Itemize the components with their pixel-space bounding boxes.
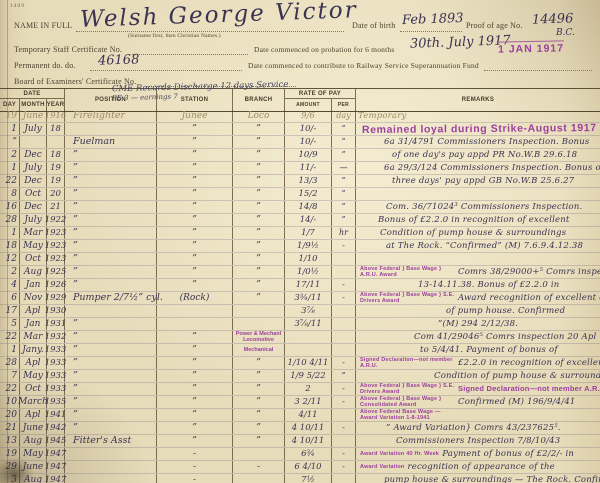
remark-text: £2.2.0 in recognition of excellent [458, 357, 600, 369]
cell-month: Aug [20, 435, 47, 447]
cell-branch: ” [233, 409, 285, 421]
cell-remarks: Temporary [356, 110, 600, 122]
cell-per: - [332, 461, 356, 473]
cell-month: Apl [20, 305, 47, 317]
cell-station: ” [157, 214, 233, 226]
cell-day: 21 [0, 422, 20, 434]
cell-amount: 14/- [285, 214, 332, 226]
remark-stamp: Above Federal } Base Wage } S.E. Drivers… [360, 383, 455, 395]
cell-per: ” [332, 136, 356, 148]
cell-per: ” [332, 123, 356, 135]
remark-text: 13-14.11.38. Bonus of £2.2.0 in [418, 279, 559, 291]
dob-value: Feb 1893 [402, 11, 464, 28]
cell-per: ” [332, 370, 356, 382]
cell-per: - [332, 357, 356, 369]
table-row: 1July18””10/-”Remained loyal during Stri… [0, 123, 600, 136]
table-row: 5Jan1931”3⅞/11”(M) 294 2/12/38. [0, 318, 600, 331]
table-row: 19May1947-6¾-Award Variation 40 Hr. Week… [0, 448, 600, 461]
cell-position: ” [65, 162, 157, 174]
cell-day: ” [0, 136, 20, 148]
cell-station: ” [157, 188, 233, 200]
cell-branch [233, 448, 285, 460]
cell-day: 16 [0, 201, 20, 213]
cell-per: - [332, 422, 356, 434]
cell-remarks: Above Federal } Base Wage } S.E. Drivers… [356, 292, 600, 304]
cell-per: - [332, 448, 356, 460]
table-row: 1Mar1923”””1/7hrCondition of pump house … [0, 227, 600, 240]
table-row: ”Fuelman””10/-”6a 31/4791 Commissioners … [0, 136, 600, 149]
remark-text: Payment of bonus of £2/2/- in [442, 448, 574, 460]
corner-smudge [0, 457, 34, 483]
remark-text: ” Award Variation} Comrs 43/237625⁵. [386, 422, 561, 434]
cell-position: ” [65, 396, 157, 408]
cell-position: ” [65, 266, 157, 278]
cell-branch: Loco [233, 110, 285, 122]
cell-day: 1 [0, 123, 20, 135]
cell-per: - [332, 383, 356, 395]
cell-year: 1931 [47, 318, 65, 330]
table-row: 1July19”””11/-—6a 29/3/124 Commissioners… [0, 162, 600, 175]
cell-branch: ” [233, 396, 285, 408]
cell-month: Dec [20, 175, 47, 187]
cell-day: 4 [0, 279, 20, 291]
cell-year: 1947 [47, 461, 65, 473]
cell-month: Apl [20, 409, 47, 421]
cell-year: 1941 [47, 409, 65, 421]
cell-day: 2 [0, 266, 20, 278]
cell-branch: ” [233, 201, 285, 213]
form-number: 1409 [10, 3, 25, 9]
cell-remarks: Above Federal Base Wage — Award Variatio… [356, 409, 600, 421]
name-sublabel: (Surname first, then Christian Names.) [128, 33, 221, 39]
remark-stamp: Above Federal } Base Wage } A.R.U. Award [360, 266, 455, 278]
remark-stamp-text: Signed Declaration—not member A.R.U. [458, 383, 600, 395]
permanent-label: Permanent do. do. [14, 61, 76, 70]
cell-month: Oct [20, 253, 47, 265]
remark-text: Com. 36/71024³ Commissioners Inspection. [386, 201, 582, 213]
remark-text: Com 41/29046⁵ Comrs inspection 20 Apl [414, 331, 596, 343]
cell-amount: 3⅞/11 [285, 318, 332, 330]
cell-year: 1932 [47, 331, 65, 343]
cell-position: Pumper 2/7½” cyl. [65, 292, 157, 304]
cell-per [332, 409, 356, 421]
cell-per [332, 318, 356, 330]
name-label: NAME IN FULL [14, 21, 72, 30]
cell-day: 22 [0, 383, 20, 395]
cell-month: July [20, 162, 47, 174]
cell-day: 5 [0, 318, 20, 330]
cell-year: 1929 [47, 292, 65, 304]
cell-year: 1930 [47, 305, 65, 317]
temp-cert-underline [132, 53, 248, 55]
cell-station: ” [157, 409, 233, 421]
cell-amount [285, 344, 332, 356]
cell-month: Aug [20, 266, 47, 278]
cell-amount: 3⅞ [285, 305, 332, 317]
cell-year: 19 [47, 175, 65, 187]
remark-text: recognition of appearance of the [407, 461, 554, 473]
remark-text: Condition of pump house & surroundings [434, 370, 600, 382]
cell-amount: 14/8 [285, 201, 332, 213]
cell-amount: 6¾ [285, 448, 332, 460]
cell-remarks: at The Rock. “Confirmed” (M) 7.6.9.4.12.… [356, 240, 600, 252]
cell-position: ” [65, 227, 157, 239]
superannuation-label: Date commenced to contribute to Railway … [248, 61, 479, 70]
remark-stamp: Award Variation 40 Hr. Week [360, 451, 439, 457]
cell-station: - [157, 448, 233, 460]
remark-stamp: Award Variation [360, 464, 404, 470]
cell-year: 1926 [47, 279, 65, 291]
cell-per: ” [332, 214, 356, 226]
cell-branch: ” [233, 136, 285, 148]
table-row: 20Apl1941”””4/11Above Federal Base Wage … [0, 409, 600, 422]
cell-branch: ” [233, 422, 285, 434]
cell-year: 1916 [47, 110, 65, 122]
cell-position: ” [65, 383, 157, 395]
cell-station: (Rock) [157, 292, 233, 304]
table-row: 7May1933”””1/9 5/22”Condition of pump ho… [0, 370, 600, 383]
cell-remarks [356, 188, 600, 200]
cell-month: May [20, 370, 47, 382]
table-row: 22Dec19”””13/3”three days' pay appd GB N… [0, 175, 600, 188]
cell-position: ” [65, 370, 157, 382]
cell-remarks [356, 253, 600, 265]
cell-station: ” [157, 253, 233, 265]
cell-remarks: of pump house. Confirmed [356, 305, 600, 317]
table-row: 4Jan1926”””17/11-13-14.11.38. Bonus of £… [0, 279, 600, 292]
cell-month: July [20, 123, 47, 135]
cell-day: 1 [0, 162, 20, 174]
cell-branch: ” [233, 214, 285, 226]
col-date: DATE [0, 89, 65, 99]
table-row: 29June1947--6 4/10-Award Variationrecogn… [0, 461, 600, 474]
cell-station: - [157, 461, 233, 473]
cell-per: - [332, 240, 356, 252]
cell-year: 1922 [47, 214, 65, 226]
cell-amount: 3¾/11 [285, 292, 332, 304]
probation-label: Date commenced on probation for 6 months [254, 45, 394, 54]
cell-amount: 1/10 4/11 [285, 357, 332, 369]
cell-remarks: Award Variationrecognition of appearance… [356, 461, 600, 473]
cell-year: 1923 [47, 240, 65, 252]
cell-year: 1933 [47, 357, 65, 369]
remark-text: Award recognition of excellent condition [458, 292, 600, 304]
cell-day: 10 [0, 396, 20, 408]
cell-day: 28 [0, 214, 20, 226]
cell-position: ” [65, 253, 157, 265]
cell-branch [233, 318, 285, 330]
cell-remarks: ” Award Variation} Comrs 43/237625⁵. [356, 422, 600, 434]
cell-year: 1933 [47, 344, 65, 356]
table-row: 21June1942”””4 10/11-” Award Variation} … [0, 422, 600, 435]
cell-day: 2 [0, 149, 20, 161]
cell-station: ” [157, 370, 233, 382]
proof-label: Proof of age No. [466, 21, 523, 30]
cell-per: - [332, 279, 356, 291]
remark-stamp: Signed Declaration—not member A.R.U. [360, 357, 455, 369]
cell-branch: ” [233, 162, 285, 174]
remark-stamp: Above Federal Base Wage — Award Variatio… [360, 409, 455, 421]
cell-month: Nov [20, 292, 47, 304]
cell-per [332, 331, 356, 343]
cell-position: Fitter's Asst [65, 435, 157, 447]
cell-month: June [20, 422, 47, 434]
cell-month: Jany. [20, 344, 47, 356]
cell-year: 1923 [47, 253, 65, 265]
cell-station: ” [157, 136, 233, 148]
table-row: 19June1916FirelighterJuneeLoco9/6dayTemp… [0, 110, 600, 123]
table-body: 19June1916FirelighterJuneeLoco9/6dayTemp… [0, 110, 600, 483]
proof-suffix: B.C. [556, 28, 575, 38]
cell-remarks: of one day's pay appd PR No.W.B 29.6.18 [356, 149, 600, 161]
cell-year: 21 [47, 201, 65, 213]
cell-per [332, 253, 356, 265]
probation-value: 30th. July 1917 [410, 33, 511, 52]
cell-amount: 1/10 [285, 253, 332, 265]
cell-position: ” [65, 422, 157, 434]
cell-position: Fuelman [65, 136, 157, 148]
cell-day: 6 [0, 292, 20, 304]
table-row: 6Nov1929Pumper 2/7½” cyl.(Rock)”3¾/11-Ab… [0, 292, 600, 305]
cell-day: 17 [0, 305, 20, 317]
remark-text: Bonus of £2.2.0 in recognition of excell… [378, 214, 570, 226]
cell-year: 1947 [47, 448, 65, 460]
col-rate-of-pay: RATE OF PAY [285, 89, 356, 99]
cell-branch: ” [233, 383, 285, 395]
cell-remarks: Com 41/29046⁵ Comrs inspection 20 Apl [356, 331, 600, 343]
cell-branch: ” [233, 266, 285, 278]
remark-stamp: Above Federal } Base Wage } Consolidated… [360, 396, 455, 408]
cell-month: Dec [20, 201, 47, 213]
cell-day: 12 [0, 253, 20, 265]
cell-branch: Mechanical [233, 344, 285, 356]
cell-station: ” [157, 201, 233, 213]
name-value: Welsh George Victor [80, 0, 358, 33]
cell-per [332, 474, 356, 483]
cell-day: 28 [0, 357, 20, 369]
cell-position: ” [65, 149, 157, 161]
table-row: 22Mar1932””Power & Mechanl LocomotiveCom… [0, 331, 600, 344]
cell-per [332, 435, 356, 447]
cell-position: ” [65, 279, 157, 291]
cell-position: ” [65, 344, 157, 356]
cell-position: Firelighter [65, 110, 157, 122]
cell-amount: 3 2/11 [285, 396, 332, 408]
cell-remarks: 13-14.11.38. Bonus of £2.2.0 in [356, 279, 600, 291]
cell-remarks: pump house & surroundings — The Rock. Co… [356, 474, 600, 483]
cell-year [47, 136, 65, 148]
table-row: 10March1935”””3 2/11-Above Federal } Bas… [0, 396, 600, 409]
cell-day: 7 [0, 370, 20, 382]
cell-remarks: Com. 36/71024³ Commissioners Inspection. [356, 201, 600, 213]
cell-branch [233, 474, 285, 483]
cell-per: - [332, 396, 356, 408]
cell-branch [233, 305, 285, 317]
table-row: 17Apl19303⅞of pump house. Confirmed [0, 305, 600, 318]
cell-per: ” [332, 188, 356, 200]
jan-1917-stamp: 1 JAN 1917 [498, 40, 564, 55]
cell-per: ” [332, 149, 356, 161]
table-row: 1Jany.1933””Mechanicalto 5/4/41. Payment… [0, 344, 600, 357]
cell-remarks: Bonus of £2.2.0 in recognition of excell… [356, 214, 600, 226]
cell-month: Mar [20, 331, 47, 343]
cell-amount: 10/9 [285, 149, 332, 161]
proof-value: 14496 [532, 11, 574, 27]
cell-remarks: Signed Declaration—not member A.R.U.£2.2… [356, 357, 600, 369]
cell-year: 1942 [47, 422, 65, 434]
cell-branch: ” [233, 240, 285, 252]
cell-remarks: Above Federal } Base Wage } Consolidated… [356, 396, 600, 408]
cell-remarks: Commissioners Inspection 7/8/10/43 [356, 435, 600, 447]
cell-station [157, 318, 233, 330]
table-row: 18May1923”””1/9½-at The Rock. “Confirmed… [0, 240, 600, 253]
cell-day: 19 [0, 110, 20, 122]
cell-year: 1933 [47, 370, 65, 382]
cell-per: - [332, 292, 356, 304]
cell-amount: 1/0½ [285, 266, 332, 278]
cell-month: Oct [20, 383, 47, 395]
remark-text: pump house & surroundings — The Rock. Co… [384, 474, 600, 483]
cell-per: ” [332, 175, 356, 187]
remark-text: Comrs 38/29000+⁵ Comrs inspection [458, 266, 600, 278]
cell-amount: 4 10/11 [285, 422, 332, 434]
cell-amount: 4/11 [285, 409, 332, 421]
cell-day: 22 [0, 331, 20, 343]
cell-remarks: ”(M) 294 2/12/38. [356, 318, 600, 330]
cell-per: day [332, 110, 356, 122]
cell-position [65, 448, 157, 460]
cell-position: ” [65, 175, 157, 187]
remark-stamp: Above Federal } Base Wage } S.E. Drivers… [360, 292, 455, 304]
dob-label: Date of birth [352, 21, 395, 30]
cell-remarks: Award Variation 40 Hr. WeekPayment of bo… [356, 448, 600, 460]
cell-amount: 13/3 [285, 175, 332, 187]
cell-amount: 7½ [285, 474, 332, 483]
dob-underline [400, 30, 462, 32]
cell-branch: ” [233, 292, 285, 304]
cell-per [332, 305, 356, 317]
table-row: 12Oct1923”””1/10 [0, 253, 600, 266]
table-row: 16Dec21”””14/8”Com. 36/71024³ Commission… [0, 201, 600, 214]
cell-amount: 11/- [285, 162, 332, 174]
cell-year: 1923 [47, 227, 65, 239]
remark-text: 6a 29/3/124 Commissioners Inspection. Bo… [384, 162, 600, 174]
cell-position [65, 461, 157, 473]
cell-station: ” [157, 422, 233, 434]
cell-branch: - [233, 461, 285, 473]
cell-amount: 17/11 [285, 279, 332, 291]
cell-day: 18 [0, 240, 20, 252]
cell-position: ” [65, 331, 157, 343]
cell-station: ” [157, 396, 233, 408]
cell-station: ” [157, 266, 233, 278]
cell-station: ” [157, 240, 233, 252]
table-row: 22Oct1933”””2-Above Federal } Base Wage … [0, 383, 600, 396]
cell-month: Jan [20, 279, 47, 291]
cell-day: 1 [0, 227, 20, 239]
cell-position: ” [65, 240, 157, 252]
cell-year: 18 [47, 123, 65, 135]
cell-position: ” [65, 214, 157, 226]
permanent-underline [90, 69, 242, 71]
cell-amount: 1/9½ [285, 240, 332, 252]
cell-station: ” [157, 149, 233, 161]
cell-month: Dec [20, 149, 47, 161]
remark-text: Temporary [358, 110, 406, 122]
table-row: 2Aug1925”””1/0½Above Federal } Base Wage… [0, 266, 600, 279]
cell-month: June [20, 110, 47, 122]
table-row: 13Aug1945Fitter's Asst””4 10/11Commissio… [0, 435, 600, 448]
cell-branch: ” [233, 188, 285, 200]
table-row: 8Oct20”””15/2” [0, 188, 600, 201]
remark-text: at The Rock. “Confirmed” (M) 7.6.9.4.12.… [386, 240, 583, 252]
cell-remarks: to 5/4/41. Payment of bonus of [356, 344, 600, 356]
superannuation-underline [484, 69, 592, 71]
cell-year: 1935 [47, 396, 65, 408]
cell-position: ” [65, 188, 157, 200]
cell-per [332, 344, 356, 356]
cell-amount: 9/6 [285, 110, 332, 122]
cell-remarks: Above Federal } Base Wage } S.E. Drivers… [356, 383, 600, 395]
cell-station: ” [157, 383, 233, 395]
cell-branch: ” [233, 227, 285, 239]
cell-station: ” [157, 435, 233, 447]
cell-position [65, 305, 157, 317]
cell-position: ” [65, 357, 157, 369]
cell-amount: 2 [285, 383, 332, 395]
cell-amount: 10/- [285, 123, 332, 135]
cell-month: July [20, 214, 47, 226]
cell-remarks: Condition of pump house & surroundings [356, 227, 600, 239]
cell-year: 1947 [47, 474, 65, 483]
cell-day: 13 [0, 435, 20, 447]
permanent-value: 46168 [98, 52, 140, 68]
cell-station: ” [157, 227, 233, 239]
cell-remarks: Remained loyal during Strike-August 1917 [356, 123, 600, 135]
col-remarks: REMARKS [356, 89, 600, 111]
cell-station: ” [157, 123, 233, 135]
remark-text: 6a 31/4791 Commissioners Inspection. Bon… [384, 136, 589, 148]
cell-remarks: Above Federal } Base Wage } A.R.U. Award… [356, 266, 600, 278]
remark-text: of one day's pay appd PR No.W.B 29.6.18 [392, 149, 577, 161]
cell-year: 19 [47, 162, 65, 174]
cell-month: March [20, 396, 47, 408]
remark-text: to 5/4/41. Payment of bonus of [420, 344, 558, 356]
cell-position: ” [65, 318, 157, 330]
record-card: 1409 NAME IN FULL Welsh George Victor (S… [0, 0, 600, 483]
remark-text: of pump house. Confirmed [446, 305, 565, 317]
cell-branch: ” [233, 175, 285, 187]
cell-remarks: three days' pay appd GB No.W.B 25.6.27 [356, 175, 600, 187]
cell-station: ” [157, 357, 233, 369]
cell-remarks: Condition of pump house & surroundings [356, 370, 600, 382]
cell-day: 22 [0, 175, 20, 187]
cell-station: ” [157, 175, 233, 187]
cell-per: — [332, 162, 356, 174]
cell-year: 20 [47, 188, 65, 200]
cell-per: ” [332, 201, 356, 213]
cell-branch: ” [233, 435, 285, 447]
table-row: 28Apl1933”””1/10 4/11-Signed Declaration… [0, 357, 600, 370]
cell-branch: ” [233, 370, 285, 382]
cell-branch: Power & Mechanl Locomotive [233, 331, 285, 343]
cell-per [332, 266, 356, 278]
cell-branch: ” [233, 253, 285, 265]
cell-station: ” [157, 344, 233, 356]
cell-station: ” [157, 331, 233, 343]
cell-day: 20 [0, 409, 20, 421]
cell-position: ” [65, 201, 157, 213]
